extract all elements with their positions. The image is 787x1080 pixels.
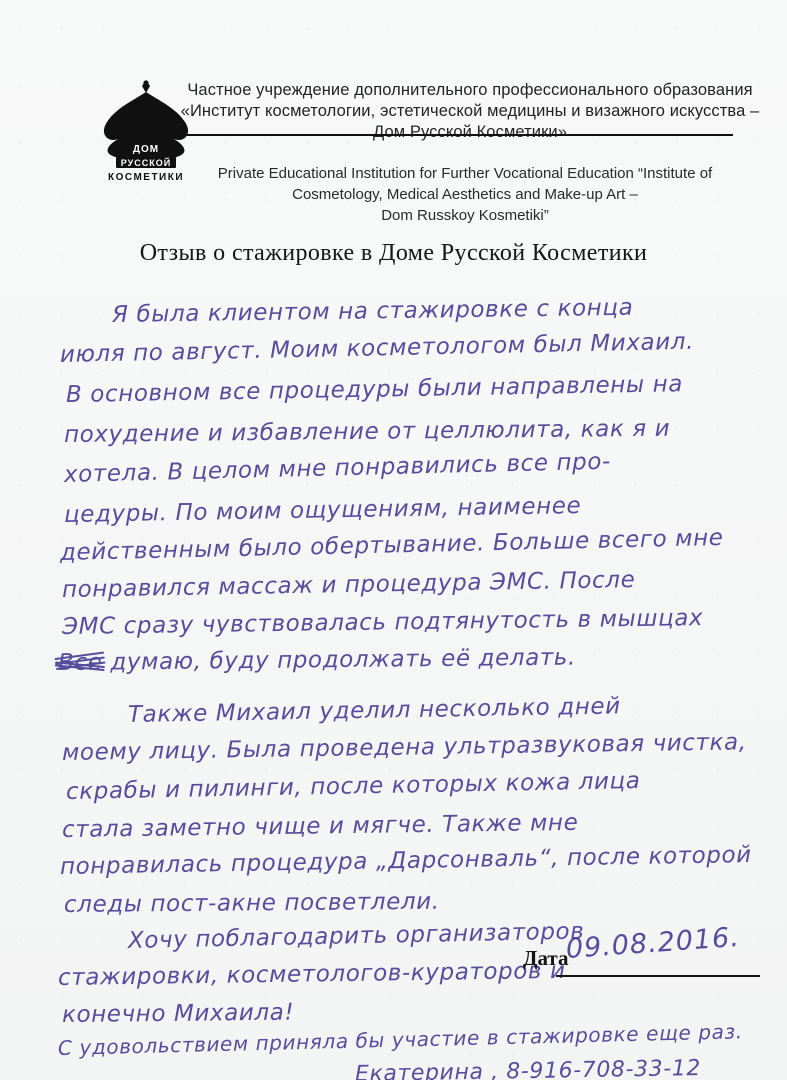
logo-text-russkoy: РУССКОЙ — [121, 157, 171, 168]
document-title: Отзыв о стажировке в Доме Русской Космет… — [0, 240, 787, 267]
header-english: Private Educational Institution for Furt… — [165, 163, 765, 226]
handwritten-line: следы пост-акне посветлели. — [64, 889, 440, 918]
handwritten-line: стажировки, косметологов-кураторов и — [58, 958, 566, 991]
handwritten-line: скрабы и пилинги, после которых кожа лиц… — [66, 768, 641, 805]
handwritten-line: конечно Михаила! — [62, 1000, 294, 1028]
header-en-line-3: Dom Russkoy Kosmetiki” — [165, 205, 765, 226]
signature-name-phone: Екатерина , 8-916-708-33-12 — [355, 1056, 701, 1080]
handwritten-line: моему лицу. Была проведена ультразвукова… — [62, 729, 747, 766]
handwritten-line: похудение и избавление от целлюлита, как… — [64, 416, 670, 448]
handwritten-line: Я была клиентом на стажировке с конца — [112, 295, 634, 328]
header-en-line-1: Private Educational Institution for Furt… — [165, 163, 765, 184]
header-ru-line-1: Частное учреждение дополнительного профе… — [170, 80, 770, 101]
header-ru-line-3: Дом Русской Косметики» — [170, 122, 770, 143]
handwritten-line: цедуры. По моим ощущениям, наименее — [64, 493, 582, 528]
logo-text-dom: ДОМ — [133, 144, 159, 155]
handwritten-line: В основном все процедуры были направлены… — [66, 371, 683, 408]
handwritten-line: хотела. В целом мне понравились все про- — [64, 449, 611, 488]
header-ru-line-2: «Институт косметологии, эстетической мед… — [170, 101, 770, 122]
handwritten-line: действенным было обертывание. Больше все… — [60, 525, 724, 566]
handwritten-line: Вседумаю, буду продолжать её делать. — [58, 645, 576, 676]
header-divider — [155, 134, 733, 136]
handwritten-line: стала заметно чище и мягче. Также мне — [62, 810, 579, 843]
handwritten-line: понравилась процедура „Дарсонваль“, посл… — [60, 842, 752, 880]
handwritten-line: понравился массаж и процедура ЭМС. После — [62, 567, 636, 603]
handwritten-line: Также Михаил уделил несколько дней — [128, 693, 621, 728]
header-en-line-2: Cosmetology, Medical Aesthetics and Make… — [165, 184, 765, 205]
scribbled-word: Все — [58, 650, 103, 676]
scanned-review-page: ДОМ РУССКОЙ КОСМЕТИКИ Частное учреждение… — [0, 0, 787, 1080]
handwritten-text: думаю, буду продолжать её делать. — [110, 645, 576, 676]
handwritten-line: Хочу поблагодарить организаторов — [128, 918, 585, 954]
handwritten-line: ЭМС сразу чувствовалась подтянутость в м… — [62, 605, 704, 640]
handwritten-line: июля по август. Моим косметологом был Ми… — [60, 329, 695, 368]
